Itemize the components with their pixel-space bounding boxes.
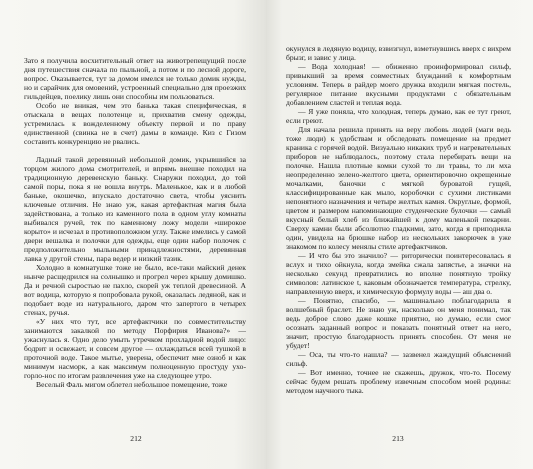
dialogue-paragraph: — Вода холодная! — обиженно проинформиро… bbox=[286, 62, 511, 107]
dialogue-paragraph: — Вот именно, точнее не скажешь, дружок,… bbox=[286, 368, 511, 395]
dialogue-paragraph: — И что бы это значило? — риторически по… bbox=[286, 251, 511, 296]
book-spread: Зато я получила восхитительный ответ на … bbox=[0, 0, 533, 469]
paragraph: Холодно в комнатушке тоже не было, все-т… bbox=[24, 263, 246, 317]
dialogue-paragraph: — Оса, ты что-то нашла? — зазвенел жажду… bbox=[286, 350, 511, 368]
paragraph: окунулся в ледяную водицу, взвизгнул, вз… bbox=[286, 44, 511, 62]
left-page-text: Зато я получила восхитительный ответ на … bbox=[24, 56, 246, 389]
dialogue-paragraph: — Я уже поняла, что холодная, теперь дум… bbox=[286, 107, 511, 125]
right-page-text: окунулся в ледяную водицу, взвизгнул, вз… bbox=[286, 44, 511, 395]
paragraph: Веселый Фаль мигом облетел небольшое пом… bbox=[24, 380, 246, 389]
paragraph: «У них что тут, все артефактчики по совм… bbox=[24, 317, 246, 380]
paragraph: Зато я получила восхитительный ответ на … bbox=[24, 56, 246, 101]
right-page: окунулся в ледяную водицу, взвизгнул, вз… bbox=[266, 0, 533, 469]
left-page: Зато я получила восхитительный ответ на … bbox=[0, 0, 266, 469]
paragraph: Ладный такой деревянный небольшой домик,… bbox=[24, 155, 246, 263]
dialogue-paragraph: — Понятно, спасибо, — машинально поблаго… bbox=[286, 296, 511, 350]
page-number: 213 bbox=[378, 434, 418, 443]
page-number: 212 bbox=[116, 434, 156, 443]
paragraph: Для начала решила принять на веру любовь… bbox=[286, 125, 511, 251]
paragraph: Особо не вникая, чем это банька такая сп… bbox=[24, 101, 246, 146]
